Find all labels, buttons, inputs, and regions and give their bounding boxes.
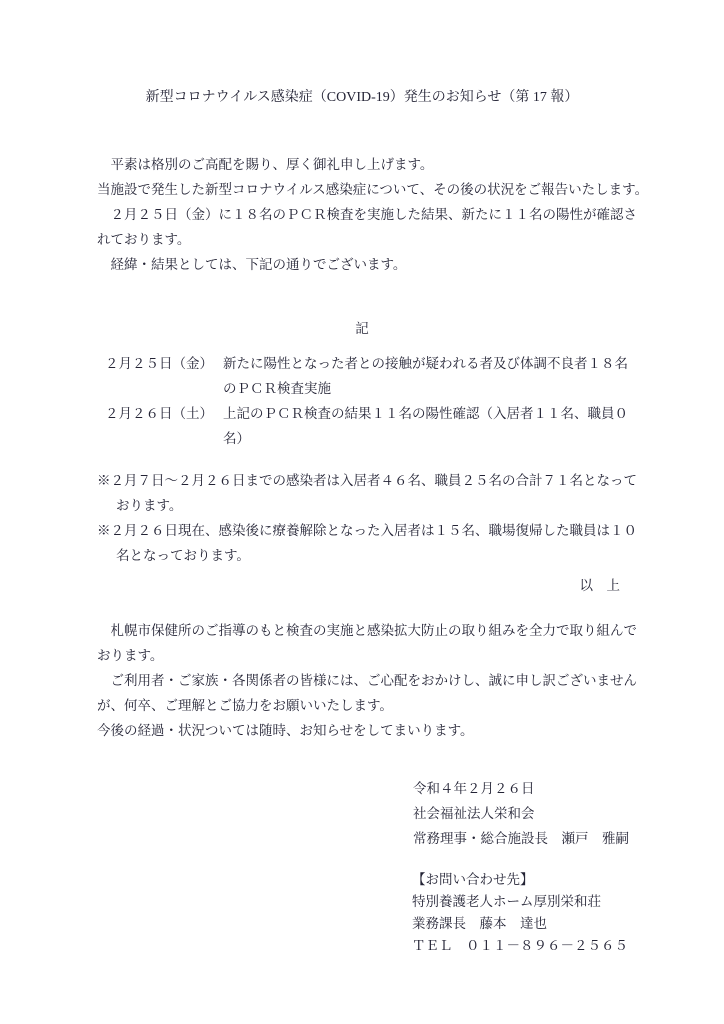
timeline-description-line: 名） (223, 426, 628, 451)
timeline-description: 上記のＰＣＲ検査の結果１１名の陽性確認（入居者１１名、職員０ 名） (223, 401, 628, 451)
intro-line: れております。 (97, 227, 648, 252)
signature-block: 令和４年２月２６日 社会福祉法人栄和会 常務理事・総合施設長 瀬戸 雅嗣 (413, 776, 629, 851)
closing-paragraphs: 札幌市保健所のご指導のもと検査の実施と感染拡大防止の取り組みを全力で取り組んで … (97, 618, 637, 743)
notes-section: ※２月７日～２月２６日までの感染者は入居者４６名、職員２５名の合計７１名となって… (97, 468, 637, 568)
signature-organization: 社会福祉法人栄和会 (413, 801, 629, 826)
contact-person: 業務課長 藤本 達也 (412, 913, 628, 935)
timeline-description-line: のＰＣＲ検査実施 (223, 376, 628, 401)
body-line: が、何卒、ご理解とご協力をお願いいたします。 (97, 693, 637, 718)
intro-line: 当施設で発生した新型コロナウイルス感染症について、その後の状況をご報告いたします… (97, 177, 648, 202)
contact-block: 【お問い合わせ先】 特別養護老人ホーム厚別栄和荘 業務課長 藤本 達也 ＴＥＬ … (412, 869, 628, 957)
timeline-row: ２月２５日（金） 新たに陽性となった者との接触が疑われる者及び体調不良者１８名 … (105, 351, 628, 401)
body-line: ご利用者・ご家族・各関係者の皆様には、ご心配をおかけし、誠に申し訳ございません (97, 668, 637, 693)
body-line: おります。 (97, 643, 637, 668)
intro-line: ２月２５日（金）に１８名のＰＣＲ検査を実施した結果、新たに１１名の陽性が確認さ (97, 202, 648, 227)
document-title: 新型コロナウイルス感染症（COVID-19）発生のお知らせ（第 17 報） (0, 86, 724, 106)
timeline-row: ２月２６日（土） 上記のＰＣＲ検査の結果１１名の陽性確認（入居者１１名、職員０ … (105, 401, 628, 451)
timeline-description-line: 上記のＰＣＲ検査の結果１１名の陽性確認（入居者１１名、職員０ (223, 401, 628, 426)
closing-ijou: 以 上 (97, 573, 620, 598)
timeline-description: 新たに陽性となった者との接触が疑われる者及び体調不良者１８名 のＰＣＲ検査実施 (223, 351, 628, 401)
signature-date: 令和４年２月２６日 (413, 776, 629, 801)
body-line: 今後の経過・状況ついては随時、お知らせをしてまいります。 (97, 718, 637, 743)
signature-person: 常務理事・総合施設長 瀬戸 雅嗣 (413, 826, 629, 851)
note-item: ※２月７日～２月２６日までの感染者は入居者４６名、職員２５名の合計７１名となって… (97, 468, 637, 518)
intro-paragraphs: 平素は格別のご高配を賜り、厚く御礼申し上げます。 当施設で発生した新型コロナウイ… (97, 152, 648, 277)
timeline-date: ２月２６日（土） (105, 401, 223, 426)
timeline-description-line: 新たに陽性となった者との接触が疑われる者及び体調不良者１８名 (223, 351, 628, 376)
contact-phone: ＴＥＬ ０１１－８９６－２５６５ (412, 935, 628, 957)
intro-line: 平素は格別のご高配を賜り、厚く御礼申し上げます。 (97, 152, 648, 177)
note-line: ※２月２６日現在、感染後に療養解除となった入居者は１５名、職場復帰した職員は１０ (97, 518, 637, 543)
notice-document-page: 新型コロナウイルス感染症（COVID-19）発生のお知らせ（第 17 報） 平素… (0, 0, 724, 1024)
intro-line: 経緯・結果としては、下記の通りでございます。 (97, 252, 648, 277)
timeline-date: ２月２５日（金） (105, 351, 223, 376)
timeline-list: ２月２５日（金） 新たに陽性となった者との接触が疑われる者及び体調不良者１８名 … (105, 351, 628, 451)
note-item: ※２月２６日現在、感染後に療養解除となった入居者は１５名、職場復帰した職員は１０… (97, 518, 637, 568)
body-line: 札幌市保健所のご指導のもと検査の実施と感染拡大防止の取り組みを全力で取り組んで (97, 618, 637, 643)
note-line: おります。 (97, 493, 637, 518)
contact-heading: 【お問い合わせ先】 (412, 869, 628, 891)
contact-facility: 特別養護老人ホーム厚別栄和荘 (412, 891, 628, 913)
record-heading: 記 (0, 316, 724, 341)
note-line: ※２月７日～２月２６日までの感染者は入居者４６名、職員２５名の合計７１名となって (97, 468, 637, 493)
note-line: 名となっております。 (97, 543, 637, 568)
